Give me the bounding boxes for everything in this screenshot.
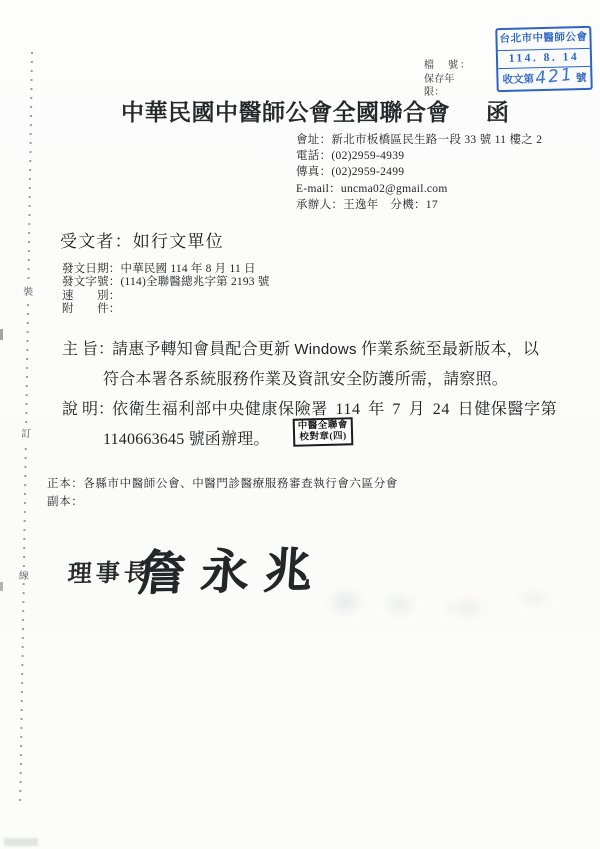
contact-email: E-mail：uncma02@gmail.com — [296, 181, 542, 197]
scan-speck — [0, 582, 3, 591]
receipt-number-suffix: 號 — [576, 69, 587, 84]
copy-recipients-line: 副本： — [47, 494, 398, 512]
subject-label-char1: 主 — [62, 336, 78, 359]
binding-char-zhuang: 裝 — [21, 286, 35, 299]
receipt-number-handwritten: 421 — [535, 65, 575, 89]
receipt-stamp: 台北市中醫師公會 114. 8. 14 收文第 421 號 — [495, 26, 593, 92]
copies-block: 正本：各縣市中醫師公會、中醫門診醫療服務審查執行會六區分會 副本： — [47, 476, 398, 511]
contact-handler: 承辦人：王逸年 分機：17 — [296, 197, 542, 213]
meta-block: 發文日期：中華民國 114 年 8 月 11 日 發文字號：(114)全聯醫總兆… — [62, 263, 270, 316]
description-label-char2: 明： — [82, 396, 114, 419]
contact-fax: 傳真：(02)2959-2499 — [296, 164, 542, 180]
description-label: 說 明： — [62, 396, 114, 419]
document-type: 函 — [486, 100, 509, 125]
binding-char-xian: 線 — [17, 570, 31, 583]
scanned-official-letter: 裝 訂 線 檔 號： 保存年限： 台北市中醫師公會 114. 8. 14 收文第… — [0, 0, 600, 849]
recipient-line: 受文者：如行文單位 — [60, 227, 224, 252]
subject-label: 主 旨： — [62, 336, 114, 359]
speed-class-line: 速 別： — [62, 290, 270, 303]
receipt-number-prefix: 收文第 — [502, 71, 534, 87]
scan-smudge — [4, 838, 38, 846]
subject-line-1: 請惠予轉知會員配合更新 Windows 作業系統至最新版本，以 — [112, 336, 539, 359]
description-line-2: 1140663645 號函辦理。 — [103, 426, 270, 449]
attachment-line: 附 件： — [62, 303, 270, 316]
proofreading-stamp: 中醫全聯會 校對章(四) — [293, 417, 354, 447]
original-recipients-line: 正本：各縣市中醫師公會、中醫門診醫療服務審查執行會六區分會 — [47, 476, 398, 494]
description-line-1: 依衛生福利部中央健康保險署 114 年 7 月 24 日健保醫字第 — [112, 396, 557, 419]
receipt-stamp-number-row: 收文第 421 號 — [498, 67, 590, 89]
subject-line1-english: Windows — [294, 341, 356, 358]
document-title: 中華民國中醫師公會全國聯合會函 — [121, 94, 509, 127]
file-number-label: 檔 號： — [424, 59, 474, 73]
subject-line1-post: 作業系統至最新版本，以 — [357, 341, 539, 358]
receipt-stamp-org: 台北市中醫師公會 — [497, 28, 589, 51]
signer-name-calligraphy: 詹永兆 — [135, 531, 329, 603]
subject-line1-pre: 請惠予轉知會員配合更新 — [112, 341, 294, 358]
contact-block: 會址：新北市板橋區民生路一段 33 號 11 樓之 2 電話：(02)2959-… — [296, 132, 542, 213]
ink-bleed-through — [305, 572, 575, 632]
proofreading-stamp-line2: 校對章(四) — [297, 431, 349, 443]
subject-label-char2: 旨： — [82, 336, 114, 359]
issue-date-line: 發文日期：中華民國 114 年 8 月 11 日 — [62, 263, 270, 276]
reference-number-line: 發文字號：(114)全聯醫總兆字第 2193 號 — [62, 276, 270, 289]
binding-margin: 裝 訂 線 — [12, 52, 40, 802]
contact-address: 會址：新北市板橋區民生路一段 33 號 11 樓之 2 — [296, 132, 542, 148]
scan-speck — [0, 329, 3, 340]
binding-char-ding: 訂 — [19, 428, 33, 441]
subject-line-2: 符合本署各系統服務作業及資訊安全防護所需，請察照。 — [103, 366, 508, 389]
receipt-stamp-date: 114. 8. 14 — [498, 49, 590, 69]
description-label-char1: 說 — [62, 396, 78, 419]
contact-phone: 電話：(02)2959-4939 — [296, 148, 542, 164]
organization-name: 中華民國中醫師公會全國聯合會 — [121, 100, 450, 125]
